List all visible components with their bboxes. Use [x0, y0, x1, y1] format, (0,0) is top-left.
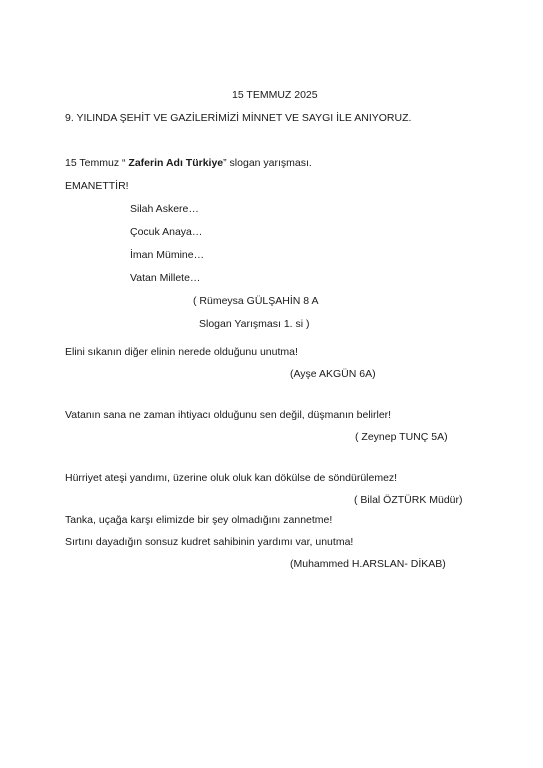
poem-line: İman Mümine…	[130, 249, 204, 261]
poem-author-note: Slogan Yarışması 1. si )	[199, 318, 310, 330]
final-quote-line: Sırtını dayadığın sonsuz kudret sahibini…	[65, 536, 353, 548]
headline: 9. YILINDA ŞEHİT VE GAZİLERİMİZİ MİNNET …	[65, 112, 411, 124]
contest-prefix: 15 Temmuz “	[65, 157, 128, 169]
poem-author: ( Rümeysa GÜLŞAHİN 8 A	[193, 295, 318, 307]
contest-suffix: ” slogan yarışması.	[223, 157, 312, 169]
quote-author: (Ayşe AKGÜN 6A)	[290, 368, 376, 380]
emanet-heading: EMANETTİR!	[65, 180, 129, 192]
poem-line: Çocuk Anaya…	[130, 226, 202, 238]
final-quote-line: Tanka, uçağa karşı elimizde bir şey olma…	[65, 514, 332, 526]
poem-line: Silah Askere…	[130, 203, 199, 215]
quote-text: Vatanın sana ne zaman ihtiyacı olduğunu …	[65, 409, 391, 421]
contest-line: 15 Temmuz “ Zaferin Adı Türkiye” slogan …	[65, 157, 312, 169]
quote-author: ( Bilal ÖZTÜRK Müdür)	[354, 494, 463, 506]
quote-text: Hürriyet ateşi yandımı, üzerine oluk olu…	[65, 472, 397, 484]
date: 15 TEMMUZ 2025	[232, 89, 318, 101]
poem-line: Vatan Millete…	[130, 272, 200, 284]
contest-title: Zaferin Adı Türkiye	[128, 157, 223, 169]
quote-author: ( Zeynep TUNÇ 5A)	[355, 431, 448, 443]
quote-text: Elini sıkanın diğer elinin nerede olduğu…	[65, 346, 298, 358]
final-quote-author: (Muhammed H.ARSLAN- DİKAB)	[290, 558, 446, 570]
